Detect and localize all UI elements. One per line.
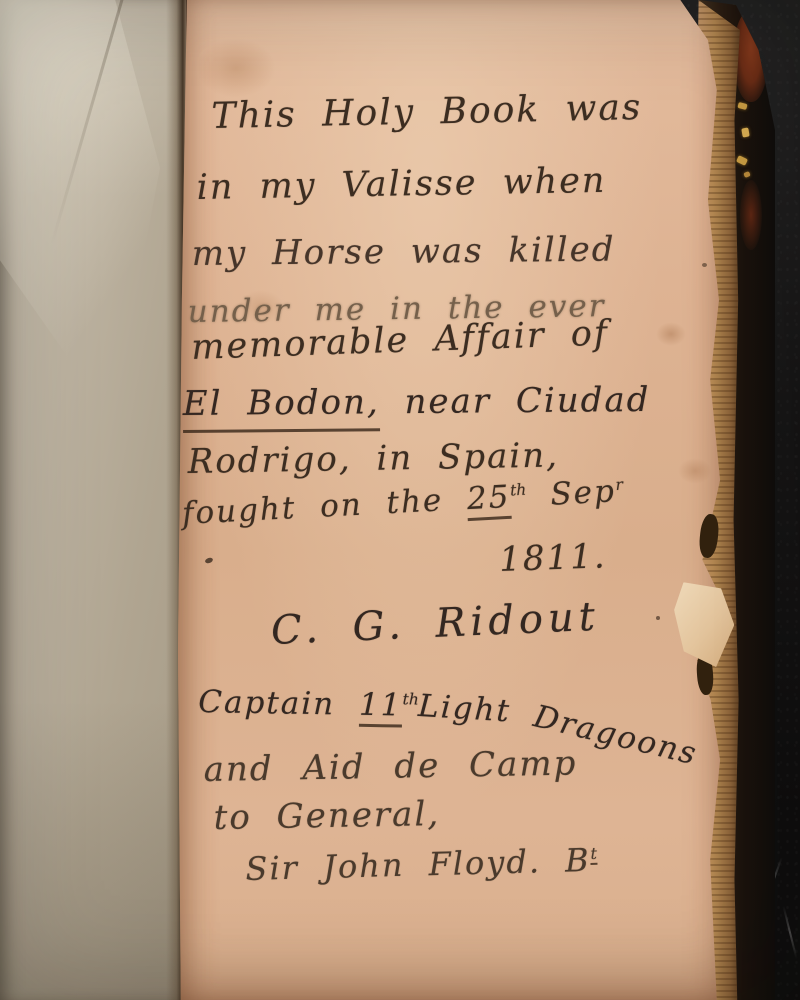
baronet-superscript: t bbox=[590, 844, 597, 865]
baronet-abbreviation: B bbox=[565, 841, 592, 880]
ink-speck bbox=[204, 557, 213, 564]
month-superscript: r bbox=[615, 476, 623, 494]
flyleaf-fold-highlight bbox=[0, 0, 160, 420]
inscription-year: 1811. bbox=[499, 536, 608, 580]
rank-label: Captain bbox=[198, 684, 359, 723]
inscription-line-3: my Horse was killed bbox=[192, 230, 616, 274]
gilt-fleck bbox=[741, 127, 749, 137]
foxing-stain bbox=[656, 322, 686, 346]
day-ordinal-superscript: th bbox=[510, 481, 527, 500]
inscription-line-2: in my Valisse when bbox=[196, 161, 606, 208]
regiment-ordinal-superscript: th bbox=[402, 690, 419, 708]
inscription-line-6-rest: near Ciudad bbox=[380, 380, 651, 422]
inscription-line-7: Rodrigo, in Spain, bbox=[187, 436, 559, 482]
red-leather-patch bbox=[740, 180, 762, 250]
gilt-fleck bbox=[737, 102, 747, 110]
regiment-name-light: Light bbox=[418, 688, 537, 731]
underlined-day-number: 25 bbox=[466, 479, 511, 521]
inscription-line-12: and Aid de Camp bbox=[203, 743, 577, 790]
inscription-line-6: El Bodon, near Ciudad bbox=[183, 380, 651, 424]
book-inscription-photo: This Holy Book was in my Valisse when my… bbox=[0, 0, 800, 1000]
month-abbreviation: Sep bbox=[526, 473, 617, 514]
gilt-fleck bbox=[743, 171, 750, 178]
ink-speck bbox=[656, 616, 660, 620]
foxing-stain bbox=[678, 458, 712, 484]
inscription-line-13: to General, bbox=[213, 794, 440, 838]
foxing-stain bbox=[196, 38, 276, 98]
gilt-fleck bbox=[736, 155, 748, 166]
facing-flyleaf-page bbox=[0, 0, 186, 1000]
underlined-regiment-number: 11 bbox=[359, 687, 403, 728]
ink-speck bbox=[702, 263, 707, 267]
underlined-place-name: El Bodon, bbox=[183, 382, 380, 433]
